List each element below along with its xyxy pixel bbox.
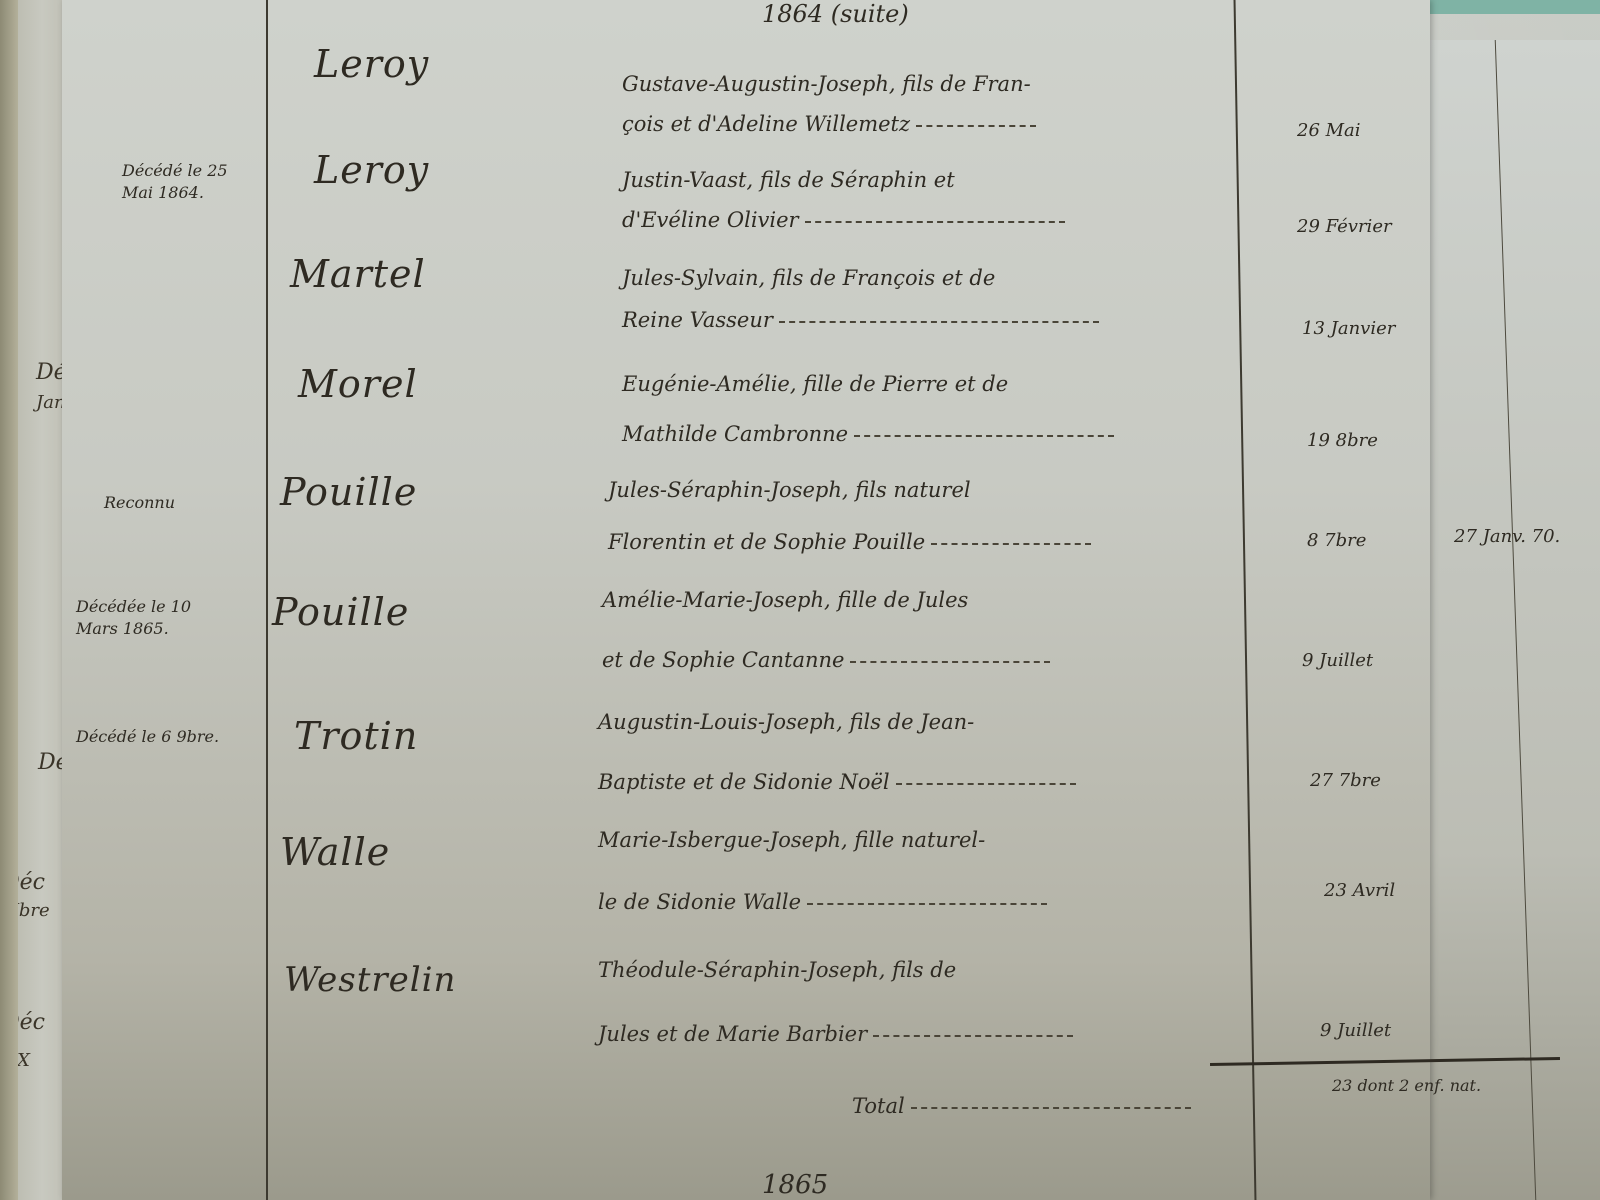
entry-line1: Amélie-Marie-Joseph, fille de Jules (602, 588, 968, 612)
entry-surname: Leroy (314, 148, 429, 192)
entry-date: 8 7bre (1307, 530, 1366, 551)
next-year-heading: 1865 (762, 1170, 828, 1200)
total-value: 23 dont 2 enf. nat. (1332, 1076, 1481, 1095)
entry-line2: d'Evéline Olivier (622, 208, 1065, 232)
entry-surname: Morel (298, 362, 418, 406)
column-rule-margin (266, 0, 268, 1200)
margin-note: Reconnu (104, 492, 175, 514)
entry-line1: Marie-Isbergue-Joseph, fille naturel- (598, 828, 985, 852)
facing-page (1405, 40, 1600, 1200)
entry-line1: Jules-Séraphin-Joseph, fils naturel (608, 478, 971, 502)
entry-date: 26 Mai (1297, 120, 1361, 141)
entry-surname: Trotin (294, 714, 418, 758)
column-rule-date (1234, 0, 1256, 1200)
entry-line1: Augustin-Louis-Joseph, fils de Jean- (598, 710, 974, 734)
entry-line2: Mathilde Cambronne (622, 422, 1114, 446)
entry-date: 27 7bre (1310, 770, 1381, 791)
entry-line2: çois et d'Adeline Willemetz (622, 112, 1036, 136)
entry-surname: Pouille (272, 590, 409, 634)
facing-page-rule (1495, 40, 1537, 1200)
entry-surname: Martel (290, 252, 426, 296)
entry-date: 9 Juillet (1320, 1020, 1391, 1041)
entry-date: 9 Juillet (1302, 650, 1373, 671)
entry-surname: Walle (280, 830, 390, 874)
recognition-date: 27 Janv. 70. (1454, 526, 1560, 547)
margin-note: Décédée le 10 Mars 1865. (76, 596, 226, 640)
entry-line2: Jules et de Marie Barbier (598, 1022, 1073, 1046)
background-teal-surface (1420, 0, 1600, 14)
entry-date: 13 Janvier (1302, 318, 1395, 339)
register-page: 1864 (suite) Leroy Gustave-Augustin-Jose… (62, 0, 1430, 1200)
entry-line2: Reine Vasseur (622, 308, 1099, 332)
entry-line2: Baptiste et de Sidonie Noël (598, 770, 1076, 794)
page-heading: 1864 (suite) (762, 0, 909, 28)
total-label: Total (852, 1094, 1191, 1118)
book-binding (0, 0, 18, 1200)
entry-line1: Gustave-Augustin-Joseph, fils de Fran- (622, 72, 1031, 96)
entry-surname: Westrelin (284, 960, 456, 1000)
margin-note: Décédé le 6 9bre. (76, 726, 226, 748)
entry-surname: Pouille (280, 470, 417, 514)
entry-line2: Florentin et de Sophie Pouille (608, 530, 1091, 554)
entry-line1: Jules-Sylvain, fils de François et de (622, 266, 995, 290)
entry-date: 19 8bre (1307, 430, 1378, 451)
entry-date: 29 Février (1297, 216, 1392, 237)
entry-line1: Justin-Vaast, fils de Séraphin et (622, 168, 955, 192)
entry-line2: le de Sidonie Walle (598, 890, 1047, 914)
margin-note: Décédé le 25 Mai 1864. (122, 160, 262, 204)
entry-line2: et de Sophie Cantanne (602, 648, 1050, 672)
entry-line1: Eugénie-Amélie, fille de Pierre et de (622, 372, 1008, 396)
entry-surname: Leroy (314, 42, 429, 86)
entry-date: 23 Avril (1324, 880, 1395, 901)
entry-line1: Théodule-Séraphin-Joseph, fils de (598, 958, 956, 982)
